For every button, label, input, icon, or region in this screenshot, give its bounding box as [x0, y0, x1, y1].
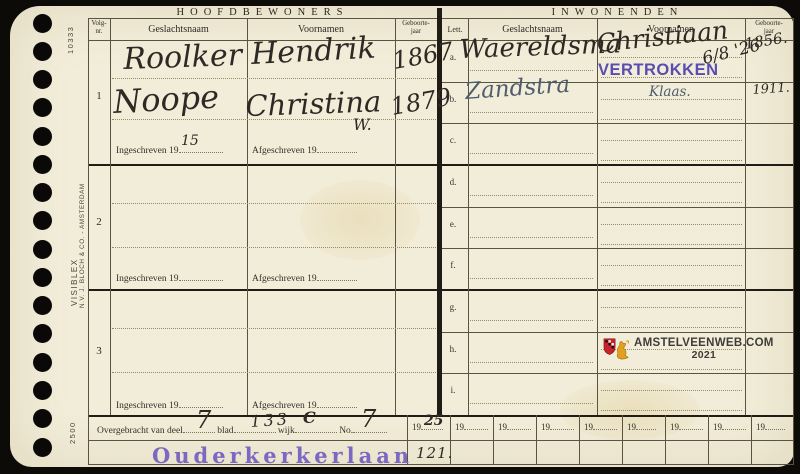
punch-hole: [33, 438, 52, 457]
grid-line: [470, 70, 593, 71]
grid-line: [112, 372, 436, 373]
vertrokken-stamp: VERTROKKEN: [598, 62, 719, 79]
punch-hole: [33, 155, 52, 174]
row-letter-c: c.: [441, 135, 465, 145]
handwriting-birthyear-b: 1911.: [752, 81, 790, 97]
handwriting-surname-1: Roolker: [123, 41, 243, 75]
grid-line: [601, 390, 742, 391]
handwriting-firstname-suffix: W.: [353, 117, 372, 133]
handwriting-blad: 133: [250, 411, 291, 430]
ingeschreven-label-row2: Ingeschreven 19: [116, 271, 223, 284]
afgeschreven-label-row1: Afgeschreven 19: [252, 143, 357, 156]
grid-line: [470, 403, 593, 404]
paper-stain: [300, 180, 420, 260]
year-cell-2: 19: [450, 420, 498, 432]
grid-line: [112, 247, 436, 248]
handwriting-wijk: C: [303, 410, 316, 426]
grid-line: [442, 123, 793, 124]
punch-hole: [33, 240, 52, 259]
grid-line: [470, 362, 593, 363]
handwriting-year-25: 25: [424, 414, 443, 428]
grid-line: [112, 203, 436, 204]
row-number-3: 3: [90, 345, 108, 357]
grid-line: [468, 18, 469, 415]
header-volgnr: Volg- nr.: [88, 20, 110, 36]
header-geboortejaar-left: Geboorte- jaar: [395, 20, 437, 36]
grid-line: [601, 119, 742, 120]
header-lett: Lett.: [442, 25, 468, 34]
row-letter-i: i.: [441, 385, 465, 395]
grid-line: [601, 285, 742, 286]
grid-line: [470, 278, 593, 279]
row-letter-h: h.: [441, 344, 465, 354]
grid-line: [88, 18, 89, 465]
section-title-inwonenden: INWONENDEN: [442, 7, 793, 18]
stock-number-bottom: 2500: [68, 406, 77, 444]
year-cell-8: 19: [708, 420, 756, 432]
year-cell-5: 19: [579, 420, 627, 432]
grid-line: [601, 244, 742, 245]
grid-line: [470, 112, 593, 113]
grid-line: [601, 182, 742, 183]
grid-line: [601, 265, 742, 266]
grid-line: [442, 332, 793, 333]
punch-hole: [33, 381, 52, 400]
grid-line: [470, 320, 593, 321]
grid-line: [470, 195, 593, 196]
printer-name: N.V. J. BLOCH & CO. - AMSTERDAM: [79, 168, 86, 308]
grid-line: [470, 237, 593, 238]
watermark-text: AMSTELVEENWEB.COM 2021: [634, 337, 774, 361]
grid-line: [442, 207, 793, 208]
handwriting-firstname-1: Hendrik: [250, 34, 376, 70]
stock-number-top: 10333: [66, 12, 75, 54]
grid-line: [442, 248, 793, 249]
printer-brand: VISIBLEX: [70, 226, 79, 306]
grid-line: [112, 78, 436, 79]
grid-line: [112, 328, 436, 329]
ingeschreven-label-row1: Ingeschreven 19: [116, 143, 223, 156]
row-letter-f: f.: [441, 260, 465, 270]
grid-line: [470, 153, 593, 154]
register-card-scan: 10333 VISIBLEX N.V. J. BLOCH & CO. - AMS…: [0, 0, 800, 474]
year-cell-7: 19: [665, 420, 713, 432]
grid-line: [442, 373, 793, 374]
row-number-1: 1: [90, 90, 108, 102]
amstelveen-coat-of-arms-icon: [603, 335, 631, 363]
grid-line: [110, 18, 111, 415]
punch-hole: [33, 42, 52, 61]
handwriting-121: 121.: [416, 446, 453, 461]
handwriting-surname-2: Noope: [112, 80, 219, 118]
row-number-2: 2: [90, 216, 108, 228]
punch-hole: [33, 183, 52, 202]
transfer-label-deel: Overgebracht van deel: [97, 426, 183, 436]
grid-line: [601, 327, 742, 328]
grid-line: [601, 410, 742, 411]
grid-line: [88, 440, 793, 441]
punch-hole: [33, 14, 52, 33]
grid-line: [601, 140, 742, 141]
grid-line: [601, 202, 742, 203]
year-cell-6: 19: [622, 420, 670, 432]
row-letter-e: e.: [441, 219, 465, 229]
grid-line: [601, 160, 742, 161]
grid-line: [601, 307, 742, 308]
handwriting-firstname-b: Klaas.: [649, 86, 691, 100]
punch-hole: [33, 353, 52, 372]
handwriting-ingeschreven-year: 15: [181, 134, 199, 148]
row-letter-d: d.: [441, 177, 465, 187]
year-cell-9: 19: [751, 420, 798, 432]
row-letter-g: g.: [441, 302, 465, 312]
grid-line: [793, 18, 794, 465]
punch-hole: [33, 127, 52, 146]
year-cell-3: 19: [493, 420, 541, 432]
section-title-hoofdbewoners: HOOFDBEWONERS: [88, 7, 437, 18]
handwriting-no: 7: [361, 407, 376, 431]
punch-hole: [33, 268, 52, 287]
grid-line: [601, 224, 742, 225]
transfer-label-no: No.: [339, 426, 353, 436]
transfer-line: Overgebracht van deel blad wijk No.: [97, 423, 387, 436]
punch-hole: [33, 70, 52, 89]
header-geslachtsnaam-left: Geslachtsnaam: [110, 24, 247, 35]
transfer-label-blad: blad: [217, 426, 233, 436]
street-stamp: Ouderkerkerlaan: [152, 443, 413, 468]
afgeschreven-label-row2: Afgeschreven 19: [252, 271, 357, 284]
grid-line: [601, 369, 742, 370]
handwriting-deel: 7: [196, 408, 211, 432]
year-cell-4: 19: [536, 420, 584, 432]
watermark: AMSTELVEENWEB.COM 2021: [603, 335, 774, 363]
